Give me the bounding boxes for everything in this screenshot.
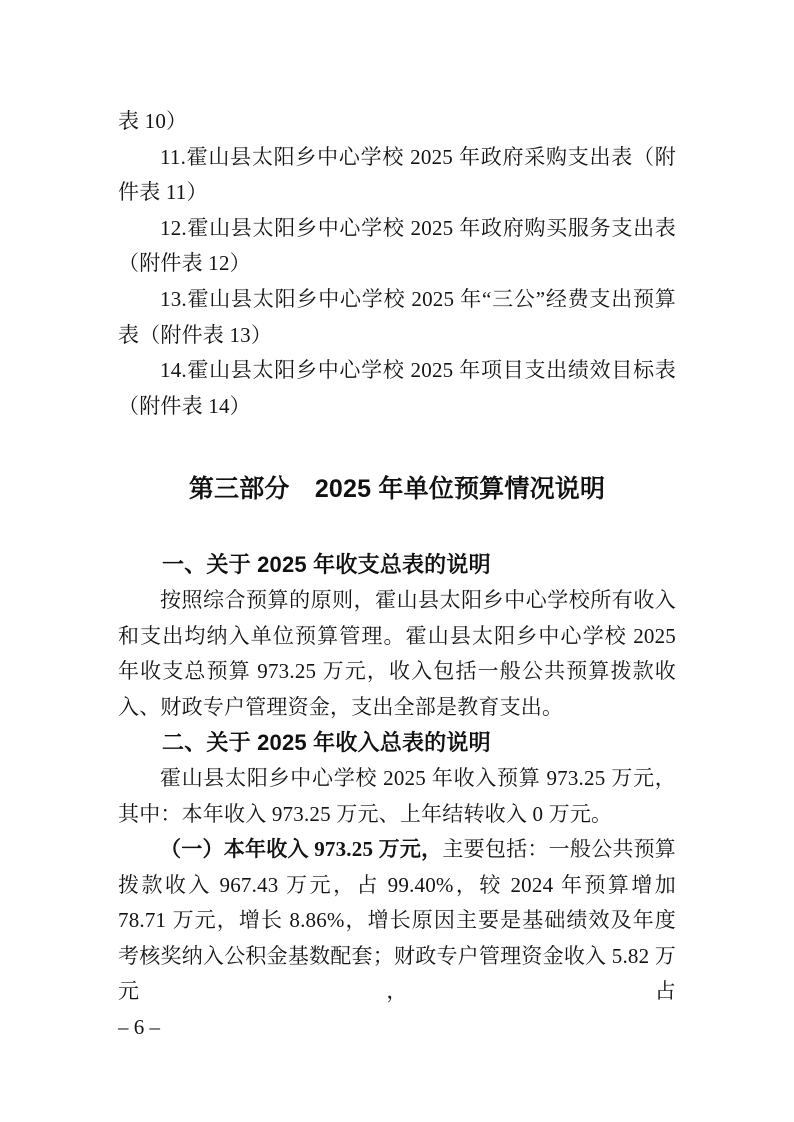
attachment-item-13: 13.霍山县太阳乡中心学校 2025 年“三公”经费支出预算表（附件表 13） [118,282,676,353]
attachment-item-14: 14.霍山县太阳乡中心学校 2025 年项目支出绩效目标表（附件表 14） [118,353,676,424]
document-page: 表 10） 11.霍山县太阳乡中心学校 2025 年政府采购支出表（附件表 11… [0,0,794,1122]
section2-heading: 二、关于 2025 年收入总表的说明 [118,725,676,761]
section1-heading: 一、关于 2025 年收支总表的说明 [118,547,676,583]
part3-title: 第三部分 2025 年单位预算情况说明 [118,471,676,507]
attachment-item-11: 11.霍山县太阳乡中心学校 2025 年政府采购支出表（附件表 11） [118,140,676,211]
attachment-item-12: 12.霍山县太阳乡中心学校 2025 年政府购买服务支出表（附件表 12） [118,211,676,282]
section2-item1-rest: 主要包括：一般公共预算拨款收入 967.43 万元，占 99.40%，较 202… [118,837,676,1003]
page-content: 表 10） 11.霍山县太阳乡中心学校 2025 年政府采购支出表（附件表 11… [118,104,676,1010]
section1-paragraph: 按照综合预算的原则，霍山县太阳乡中心学校所有收入和支出均纳入单位预算管理。霍山县… [118,583,676,725]
section2-item1-lead: （一）本年收入 973.25 万元， [160,837,442,861]
section2-item1-paragraph: （一）本年收入 973.25 万元，主要包括：一般公共预算拨款收入 967.43… [118,832,676,1010]
section2-intro-paragraph: 霍山县太阳乡中心学校 2025 年收入预算 973.25 万元，其中：本年收入 … [118,761,676,832]
page-number: – 6 – [118,1013,160,1041]
attachment-item-10-continuation: 表 10） [118,104,676,140]
